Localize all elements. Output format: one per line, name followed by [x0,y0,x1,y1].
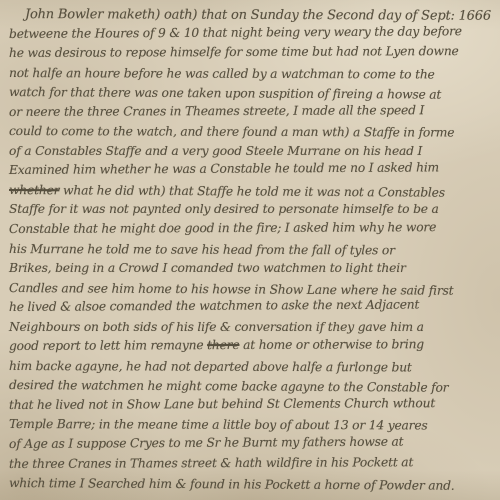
manuscript-line: good report to lett him remayne there at… [9,335,495,357]
manuscript-line: or neere the three Cranes in Theames str… [9,101,495,123]
manuscript-text-segment: that he lived not in Show Lane but behin… [9,396,435,412]
manuscript-text-segment: he lived & alsoe comanded the watchmen t… [9,298,419,315]
struck-word: whether [9,183,59,197]
manuscript-text-segment: of a Constables Staffe and a very good S… [9,144,422,158]
manuscript-text-segment: Examined him whether he was a Constable … [9,161,439,178]
manuscript-page: John Bowler maketh) oath) that on Sunday… [0,0,500,500]
manuscript-line: he lived & alsoe comanded the watchmen t… [9,295,495,318]
manuscript-text-segment: him backe agayne, he had not departed ab… [9,359,412,374]
manuscript-line: the three Cranes in Thames street & hath… [9,452,495,474]
manuscript-text-block: John Bowler maketh) oath) that on Sunday… [9,5,495,494]
manuscript-line: Constable that he might doe good in the … [9,218,495,240]
manuscript-text-segment: Temple Barre; in the meane time a little… [9,417,428,432]
manuscript-text-segment: good report to lett him remayne [9,338,207,353]
manuscript-text-segment: Constable that he might doe good in the … [9,220,436,236]
manuscript-line: of Age as I suppose Cryes to me Sr he Bu… [9,432,495,455]
manuscript-line: betweene the Houres of 9 & 10 that night… [9,22,495,45]
manuscript-line: could to come to the watch, and there fo… [9,122,495,143]
manuscript-line: he was desirous to repose himselfe for s… [9,42,495,64]
manuscript-line: that he lived not in Show Lane but behin… [9,394,495,416]
struck-word: there [207,338,239,352]
manuscript-text-segment: Staffe for it was not paynted only desir… [9,202,439,216]
manuscript-text-segment: he was desirous to repose himselfe for s… [9,44,459,60]
manuscript-text-segment: of Age as I suppose Cryes to me Sr he Bu… [9,435,403,451]
manuscript-line: him backe agayne, he had not departed ab… [9,357,495,378]
manuscript-text-segment: at home or otherwise to bring [239,337,424,352]
manuscript-line: whether what he did wth) that Staffe he … [9,181,495,204]
manuscript-line: Examined him whether he was a Constable … [9,158,495,181]
manuscript-text-segment: his Murrane he told me to save his head … [9,242,395,257]
manuscript-text-segment: betweene the Houres of 9 & 10 that night… [9,24,462,41]
manuscript-text-segment: watch for that there was one taken upon … [9,85,441,102]
manuscript-text-segment: or neere the three Cranes in Theames str… [9,103,424,119]
manuscript-line: Brikes, being in a Crowd I comanded two … [9,259,495,279]
manuscript-text-segment: Neighbours on both sids of his life & co… [9,320,424,334]
manuscript-line: which time I Searched him & found in his… [9,474,495,497]
manuscript-line: Staffe for it was not paynted only desir… [9,200,495,220]
manuscript-text-segment: could to come to the watch, and there fo… [9,124,454,140]
manuscript-text-segment: not halfe an houre before he was called … [9,66,435,81]
manuscript-text-segment: the three Cranes in Thames street & hath… [9,455,413,471]
manuscript-text-segment: John Bowler maketh) oath) that on Sunday… [25,7,491,24]
manuscript-text-segment: Brikes, being in a Crowd I comanded two … [9,261,406,275]
manuscript-text-segment: which time I Searched him & found in his… [9,476,455,493]
manuscript-line: not halfe an houre before he was called … [9,64,495,85]
manuscript-line: his Murrane he told me to save his head … [9,240,495,261]
manuscript-text-segment: desired the watchmen he might come backe… [9,378,448,395]
manuscript-text-segment: what he did wth) that Staffe he told me … [59,183,445,199]
